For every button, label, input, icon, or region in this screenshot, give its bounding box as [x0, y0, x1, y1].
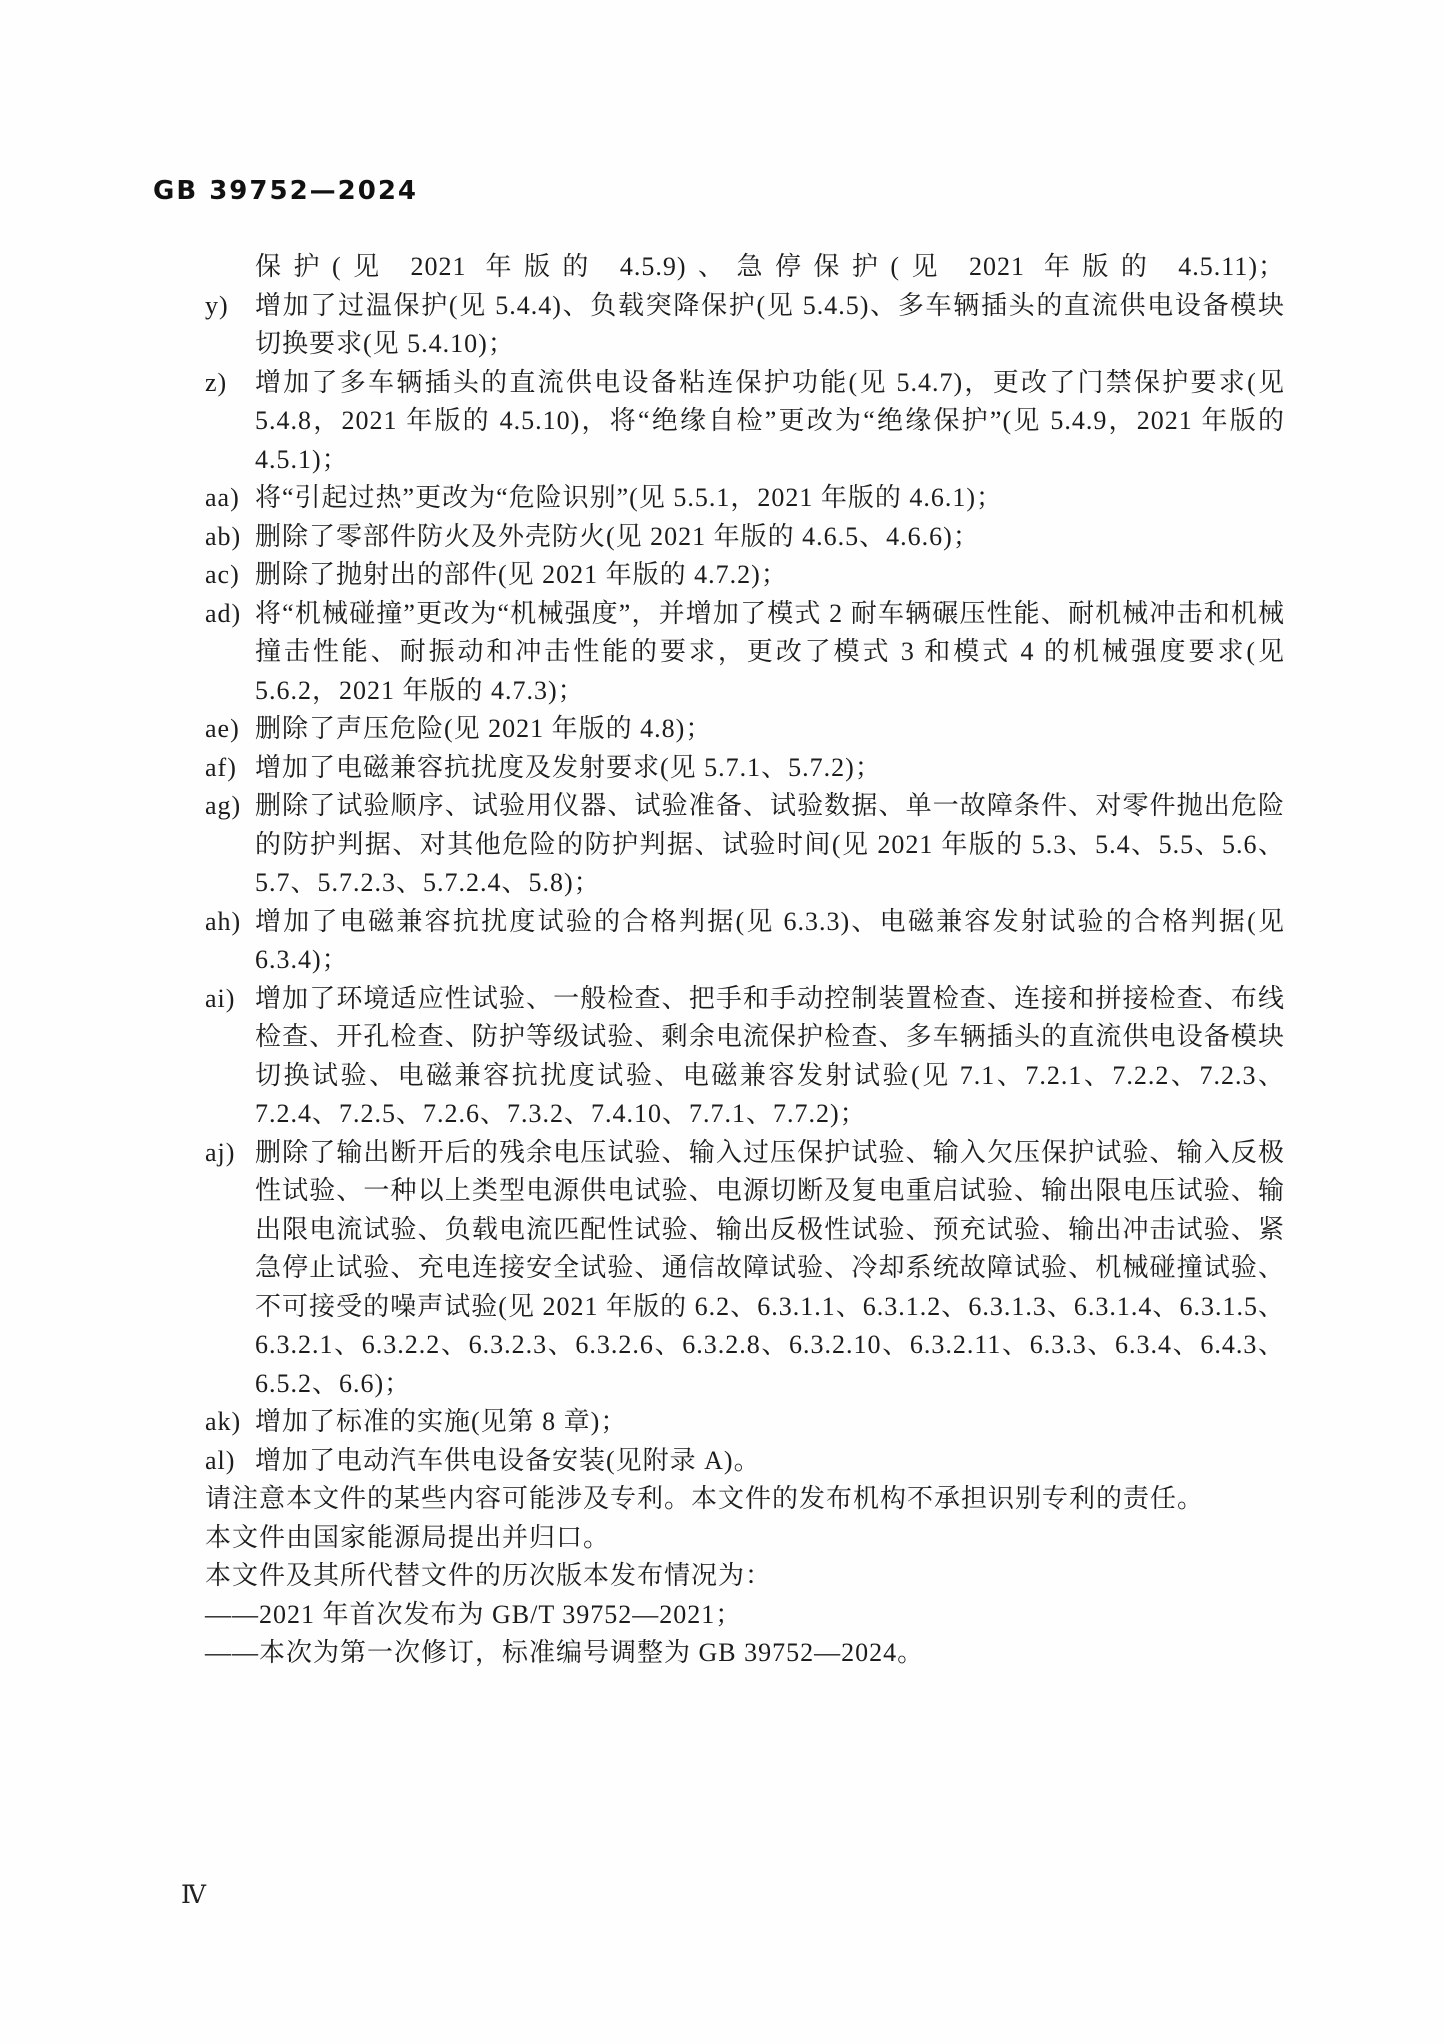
list-item-label: ab) — [205, 518, 255, 557]
list-item-continuation: 保护(见 2021 年版的 4.5.9)、急停保护(见 2021 年版的 4.5… — [205, 248, 1285, 287]
version-history-entry-2021: ——2021 年首次发布为 GB/T 39752—2021； — [205, 1596, 1285, 1635]
list-item-text: 删除了输出断开后的残余电压试验、输入过压保护试验、输入欠压保护试验、输入反极性试… — [255, 1134, 1285, 1404]
list-item-al: al) 增加了电动汽车供电设备安装(见附录 A)。 — [205, 1442, 1285, 1481]
list-item-aa: aa) 将“引起过热”更改为“危险识别”(见 5.5.1，2021 年版的 4.… — [205, 479, 1285, 518]
list-item-text: 删除了试验顺序、试验用仪器、试验准备、试验数据、单一故障条件、对零件抛出危险的防… — [255, 787, 1285, 903]
list-item-ag: ag) 删除了试验顺序、试验用仪器、试验准备、试验数据、单一故障条件、对零件抛出… — [205, 787, 1285, 903]
list-item-text: 将“引起过热”更改为“危险识别”(见 5.5.1，2021 年版的 4.6.1)… — [255, 479, 1285, 518]
list-item-label: aa) — [205, 479, 255, 518]
list-item-text: 增加了过温保护(见 5.4.4)、负载突降保护(见 5.4.5)、多车辆插头的直… — [255, 287, 1285, 364]
list-item-ae: ae) 删除了声压危险(见 2021 年版的 4.8)； — [205, 710, 1285, 749]
list-item-label: aj) — [205, 1134, 255, 1173]
foreword-content: 保护(见 2021 年版的 4.5.9)、急停保护(见 2021 年版的 4.5… — [205, 248, 1285, 1673]
list-item-ab: ab) 删除了零部件防火及外壳防火(见 2021 年版的 4.6.5、4.6.6… — [205, 518, 1285, 557]
patent-notice-paragraph: 请注意本文件的某些内容可能涉及专利。本文件的发布机构不承担识别专利的责任。 — [205, 1480, 1285, 1519]
list-item-text: 增加了电磁兼容抗扰度试验的合格判据(见 6.3.3)、电磁兼容发射试验的合格判据… — [255, 903, 1285, 980]
list-item-label: ad) — [205, 595, 255, 634]
list-item-text: 删除了零部件防火及外壳防火(见 2021 年版的 4.6.5、4.6.6)； — [255, 518, 1285, 557]
list-item-label: y) — [205, 287, 255, 326]
list-item-label: ag) — [205, 787, 255, 826]
list-item-label: al) — [205, 1442, 255, 1481]
list-item-text: 保护(见 2021 年版的 4.5.9)、急停保护(见 2021 年版的 4.5… — [255, 248, 1285, 287]
list-item-label: ah) — [205, 903, 255, 942]
list-item-ai: ai) 增加了环境适应性试验、一般检查、把手和手动控制装置检查、连接和拼接检查、… — [205, 980, 1285, 1134]
document-page: GB 39752—2024 保护(见 2021 年版的 4.5.9)、急停保护(… — [0, 0, 1445, 2044]
issuing-body-paragraph: 本文件由国家能源局提出并归口。 — [205, 1519, 1285, 1558]
list-item-ak: ak) 增加了标准的实施(见第 8 章)； — [205, 1403, 1285, 1442]
list-item-text: 增加了环境适应性试验、一般检查、把手和手动控制装置检查、连接和拼接检查、布线检查… — [255, 980, 1285, 1134]
list-item-ac: ac) 删除了抛射出的部件(见 2021 年版的 4.7.2)； — [205, 556, 1285, 595]
list-item-text: 将“机械碰撞”更改为“机械强度”，并增加了模式 2 耐车辆碾压性能、耐机械冲击和… — [255, 595, 1285, 711]
page-number: Ⅳ — [181, 1880, 206, 1909]
standard-number-header: GB 39752—2024 — [153, 176, 418, 206]
list-item-z: z) 增加了多车辆插头的直流供电设备粘连保护功能(见 5.4.7)，更改了门禁保… — [205, 364, 1285, 480]
version-history-entry-2024: ——本次为第一次修订，标准编号调整为 GB 39752—2024。 — [205, 1634, 1285, 1673]
list-item-text: 增加了多车辆插头的直流供电设备粘连保护功能(见 5.4.7)，更改了门禁保护要求… — [255, 364, 1285, 480]
list-item-label: ac) — [205, 556, 255, 595]
list-item-text: 删除了抛射出的部件(见 2021 年版的 4.7.2)； — [255, 556, 1285, 595]
list-item-aj: aj) 删除了输出断开后的残余电压试验、输入过压保护试验、输入欠压保护试验、输入… — [205, 1134, 1285, 1404]
list-item-label: z) — [205, 364, 255, 403]
list-item-text: 增加了电动汽车供电设备安装(见附录 A)。 — [255, 1442, 1285, 1481]
list-item-text: 增加了标准的实施(见第 8 章)； — [255, 1403, 1285, 1442]
list-item-y: y) 增加了过温保护(见 5.4.4)、负载突降保护(见 5.4.5)、多车辆插… — [205, 287, 1285, 364]
list-item-label: af) — [205, 749, 255, 788]
list-item-label: ak) — [205, 1403, 255, 1442]
list-item-text: 增加了电磁兼容抗扰度及发射要求(见 5.7.1、5.7.2)； — [255, 749, 1285, 788]
list-item-text: 删除了声压危险(见 2021 年版的 4.8)； — [255, 710, 1285, 749]
list-item-label: ai) — [205, 980, 255, 1019]
list-item-af: af) 增加了电磁兼容抗扰度及发射要求(见 5.7.1、5.7.2)； — [205, 749, 1285, 788]
list-item-label: ae) — [205, 710, 255, 749]
version-history-intro-paragraph: 本文件及其所代替文件的历次版本发布情况为： — [205, 1557, 1285, 1596]
list-item-ad: ad) 将“机械碰撞”更改为“机械强度”，并增加了模式 2 耐车辆碾压性能、耐机… — [205, 595, 1285, 711]
list-item-ah: ah) 增加了电磁兼容抗扰度试验的合格判据(见 6.3.3)、电磁兼容发射试验的… — [205, 903, 1285, 980]
